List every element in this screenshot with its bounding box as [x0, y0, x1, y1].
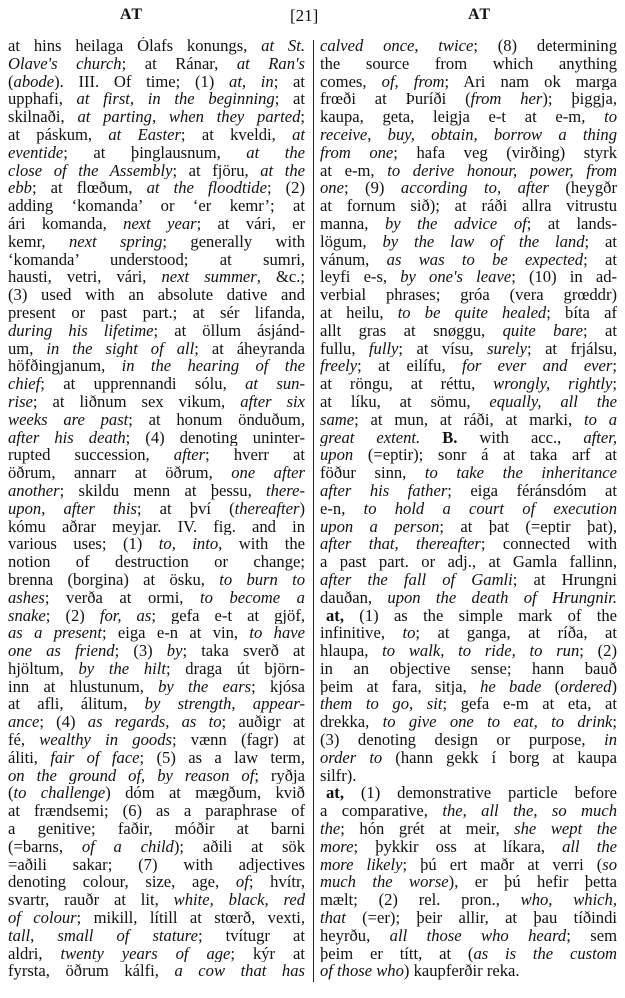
- text-line: vánum, as was to be expected; at: [320, 251, 617, 269]
- text-line: much the worse), er þú hefir þetta: [320, 873, 617, 891]
- text-line: ‘komanda’ understood; at sumri,: [8, 251, 305, 269]
- text-line: höfðingjanum, in the hearing of the: [8, 357, 305, 375]
- text-line: of colour; mikill, lítill at stœrð, vext…: [8, 909, 305, 927]
- text-line: (3) used with an absolute dative and: [8, 286, 305, 304]
- text-line: upon a person; at þat (=eptir þat),: [320, 518, 617, 536]
- text-line: hjöltum, by the hilt; draga út björn-: [8, 660, 305, 678]
- text-line: at e-m, to derive honour, power, from: [320, 162, 617, 180]
- text-line: at röngu, at réttu, wrongly, rightly;: [320, 375, 617, 393]
- text-line: svartr, rauðr at lit, white, black, red: [8, 891, 305, 909]
- text-line: föður sinn, to take the inheritance: [320, 464, 617, 482]
- text-line: áliti, fair of face; (5) as a law term,: [8, 749, 305, 767]
- text-line: ári komanda, next year; at vári, er: [8, 215, 305, 233]
- text-line: at fornum sið); at ráði allra vitrustu: [320, 197, 617, 215]
- text-line: at páskum, at Easter; at kveldi, at: [8, 126, 305, 144]
- text-line: more; þykkir oss at líkara, all the: [320, 838, 617, 856]
- text-line: one as friend; (3) by; taka sverð at: [8, 642, 305, 660]
- text-line: the source from which anything: [320, 55, 617, 73]
- text-line: kemr, next spring; generally with: [8, 233, 305, 251]
- text-line: at frændsemi; (6) as a paraphrase of: [8, 802, 305, 820]
- text-line: rupted succession, after; hverr at: [8, 446, 305, 464]
- text-line: um, in the sight of all; at áheyranda: [8, 340, 305, 358]
- text-line: at, (1) demonstrative particle before: [320, 784, 617, 802]
- left-guide-word: AT: [120, 6, 143, 24]
- text-line: brenna (borgina) at ösku, to burn to: [8, 571, 305, 589]
- text-line: rise; at liðnum sex vikum, after six: [8, 393, 305, 411]
- text-line: freely; at eilífu, for ever and ever;: [320, 357, 617, 375]
- text-line: upon, after this; at því (thereafter): [8, 500, 305, 518]
- text-line: various uses; (1) to, into, with the: [8, 535, 305, 553]
- text-line: öðrum, annarr at öðrum, one after: [8, 464, 305, 482]
- text-line: drekka, to give one to eat, to drink;: [320, 713, 617, 731]
- right-guide-word: AT: [468, 6, 491, 24]
- text-line: notion of destruction or change;: [8, 553, 305, 571]
- text-line: (abode). III. Of time; (1) at, in; at: [8, 73, 305, 91]
- text-line: order to (hann gekk í borg at kaupa: [320, 749, 617, 767]
- text-line: (=barns, of a child); aðili at sök: [8, 838, 305, 856]
- text-line: mælt; (2) rel. pron., who, which,: [320, 891, 617, 909]
- text-line: þeim at fara, sitja, he bade (ordered): [320, 678, 617, 696]
- text-line: adding ‘komanda’ or ‘er kemr’; at: [8, 197, 305, 215]
- text-line: the; hón grét at meir, she wept the: [320, 820, 617, 838]
- page-header: AT [21] AT: [0, 6, 625, 30]
- text-line: same; at mun, at ráði, at marki, to a: [320, 411, 617, 429]
- text-line: þeim er títt, at (as is the custom: [320, 945, 617, 963]
- text-line: upphafi, at first, in the beginning; at: [8, 90, 305, 108]
- text-line: upon (=eptir); sonr á at taka arf at: [320, 446, 617, 464]
- text-line: after his father; eiga féránsdóm at: [320, 482, 617, 500]
- text-line: at líku, at sömu, equally, all the: [320, 393, 617, 411]
- text-line: leyfi e-s, by one's leave; (10) in ad-: [320, 268, 617, 286]
- left-column: at hins heilaga Ólafs konungs, at St.Ola…: [8, 37, 305, 980]
- text-line: a genitive; faðir, móðir at barni: [8, 820, 305, 838]
- text-line: of those who) kaupferðir reka.: [320, 962, 617, 980]
- text-line: kaupa, geta, leigja e-t at e-m, to: [320, 108, 617, 126]
- text-line: (3) denoting design or purpose, in: [320, 731, 617, 749]
- text-line: at afli, álitum, by strength, appear-: [8, 695, 305, 713]
- text-line: manna, by the advice of; at lands-: [320, 215, 617, 233]
- text-line: infinitive, to; at ganga, at ríða, at: [320, 624, 617, 642]
- text-line: at heilu, to be quite healed; bíta af: [320, 304, 617, 322]
- text-line: at, (1) as the simple mark of the: [320, 607, 617, 625]
- text-line: weeks are past; at honum önduðum,: [8, 411, 305, 429]
- text-line: a comparative, the, all the, so much: [320, 802, 617, 820]
- text-line: verbial phrases; gróa (vera grœddr): [320, 286, 617, 304]
- column-divider: [313, 40, 314, 982]
- text-line: that (=er); þeir allir, at þau tíðindi: [320, 909, 617, 927]
- text-line: ebb; at flœðum, at the floodtide; (2): [8, 179, 305, 197]
- text-line: denoting colour, size, age, of; hvítr,: [8, 873, 305, 891]
- page-number: [21]: [290, 6, 318, 26]
- text-line: dauðan, upon the death of Hrungnir.: [320, 589, 617, 607]
- text-line: more likely; þú ert maðr at verri (so: [320, 856, 617, 874]
- text-line: after the fall of Gamli; at Hrungni: [320, 571, 617, 589]
- text-line: comes, of, from; Ari nam ok marga: [320, 73, 617, 91]
- text-line: calved once, twice; (8) determining: [320, 37, 617, 55]
- text-line: after that, thereafter; connected with: [320, 535, 617, 553]
- text-line: heyrðu, all those who heard; sem: [320, 927, 617, 945]
- text-line: a past part. or adj., at Gamla fallinn,: [320, 553, 617, 571]
- text-line: lögum, by the law of the land; at: [320, 233, 617, 251]
- text-line: present or past part.; at sér lifanda,: [8, 304, 305, 322]
- text-line: skilnaði, at parting, when they parted;: [8, 108, 305, 126]
- text-line: one; (9) according to, after (heygðr: [320, 179, 617, 197]
- text-line: ashes; verða at ormi, to become a: [8, 589, 305, 607]
- text-line: (to challenge) dóm at mægðum, kvið: [8, 784, 305, 802]
- text-line: fullu, fully; at vísu, surely; at frjáls…: [320, 340, 617, 358]
- text-line: receive, buy, obtain, borrow a thing: [320, 126, 617, 144]
- text-line: eventide; at þinglausnum, at the: [8, 144, 305, 162]
- text-line: hausti, vetri, vári, next summer, &c.;: [8, 268, 305, 286]
- text-line: e-n, to hold a court of execution: [320, 500, 617, 518]
- text-line: frœði at Þuríði (from her); þiggja,: [320, 90, 617, 108]
- text-line: silfr).: [320, 767, 617, 785]
- text-line: ance; (4) as regards, as to; auðigr at: [8, 713, 305, 731]
- text-line: in an objective sense; hann bauð: [320, 660, 617, 678]
- text-line: at hins heilaga Ólafs konungs, at St.: [8, 37, 305, 55]
- text-line: kómu aðrar meyjar. IV. fig. and in: [8, 518, 305, 536]
- text-line: another; skildu menn at þessu, there-: [8, 482, 305, 500]
- text-line: during his lifetime; at öllum ásjánd-: [8, 322, 305, 340]
- text-line: on the ground of, by reason of; ryðja: [8, 767, 305, 785]
- text-line: aldri, twenty years of age; kýr at: [8, 945, 305, 963]
- text-line: tall, small of stature; tvítugr at: [8, 927, 305, 945]
- text-line: hlaupa, to walk, to ride, to run; (2): [320, 642, 617, 660]
- text-line: them to go, sit; gefa e-m at eta, at: [320, 695, 617, 713]
- text-line: chief; at upprennandi sólu, at sun-: [8, 375, 305, 393]
- text-line: fé, wealthy in goods; vænn (fagr) at: [8, 731, 305, 749]
- text-line: as a present; eiga e-n at vin, to have: [8, 624, 305, 642]
- text-line: allt gras at snøggu, quite bare; at: [320, 322, 617, 340]
- text-line: snake; (2) for, as; gefa e-t at gjöf,: [8, 607, 305, 625]
- text-line: great extent. B. with acc., after,: [320, 429, 617, 447]
- text-line: close of the Assembly; at fjöru, at the: [8, 162, 305, 180]
- text-line: Olave's church; at Ránar, at Ran's: [8, 55, 305, 73]
- text-line: from one; hafa veg (virðing) styrk: [320, 144, 617, 162]
- text-line: fyrsta, öðrum kálfi, a cow that has: [8, 962, 305, 980]
- right-column: calved once, twice; (8) determiningthe s…: [320, 37, 617, 980]
- text-line: inn at hlustunum, by the ears; kjósa: [8, 678, 305, 696]
- text-line: =aðili sakar; (7) with adjectives: [8, 856, 305, 874]
- text-line: after his death; (4) denoting uninter-: [8, 429, 305, 447]
